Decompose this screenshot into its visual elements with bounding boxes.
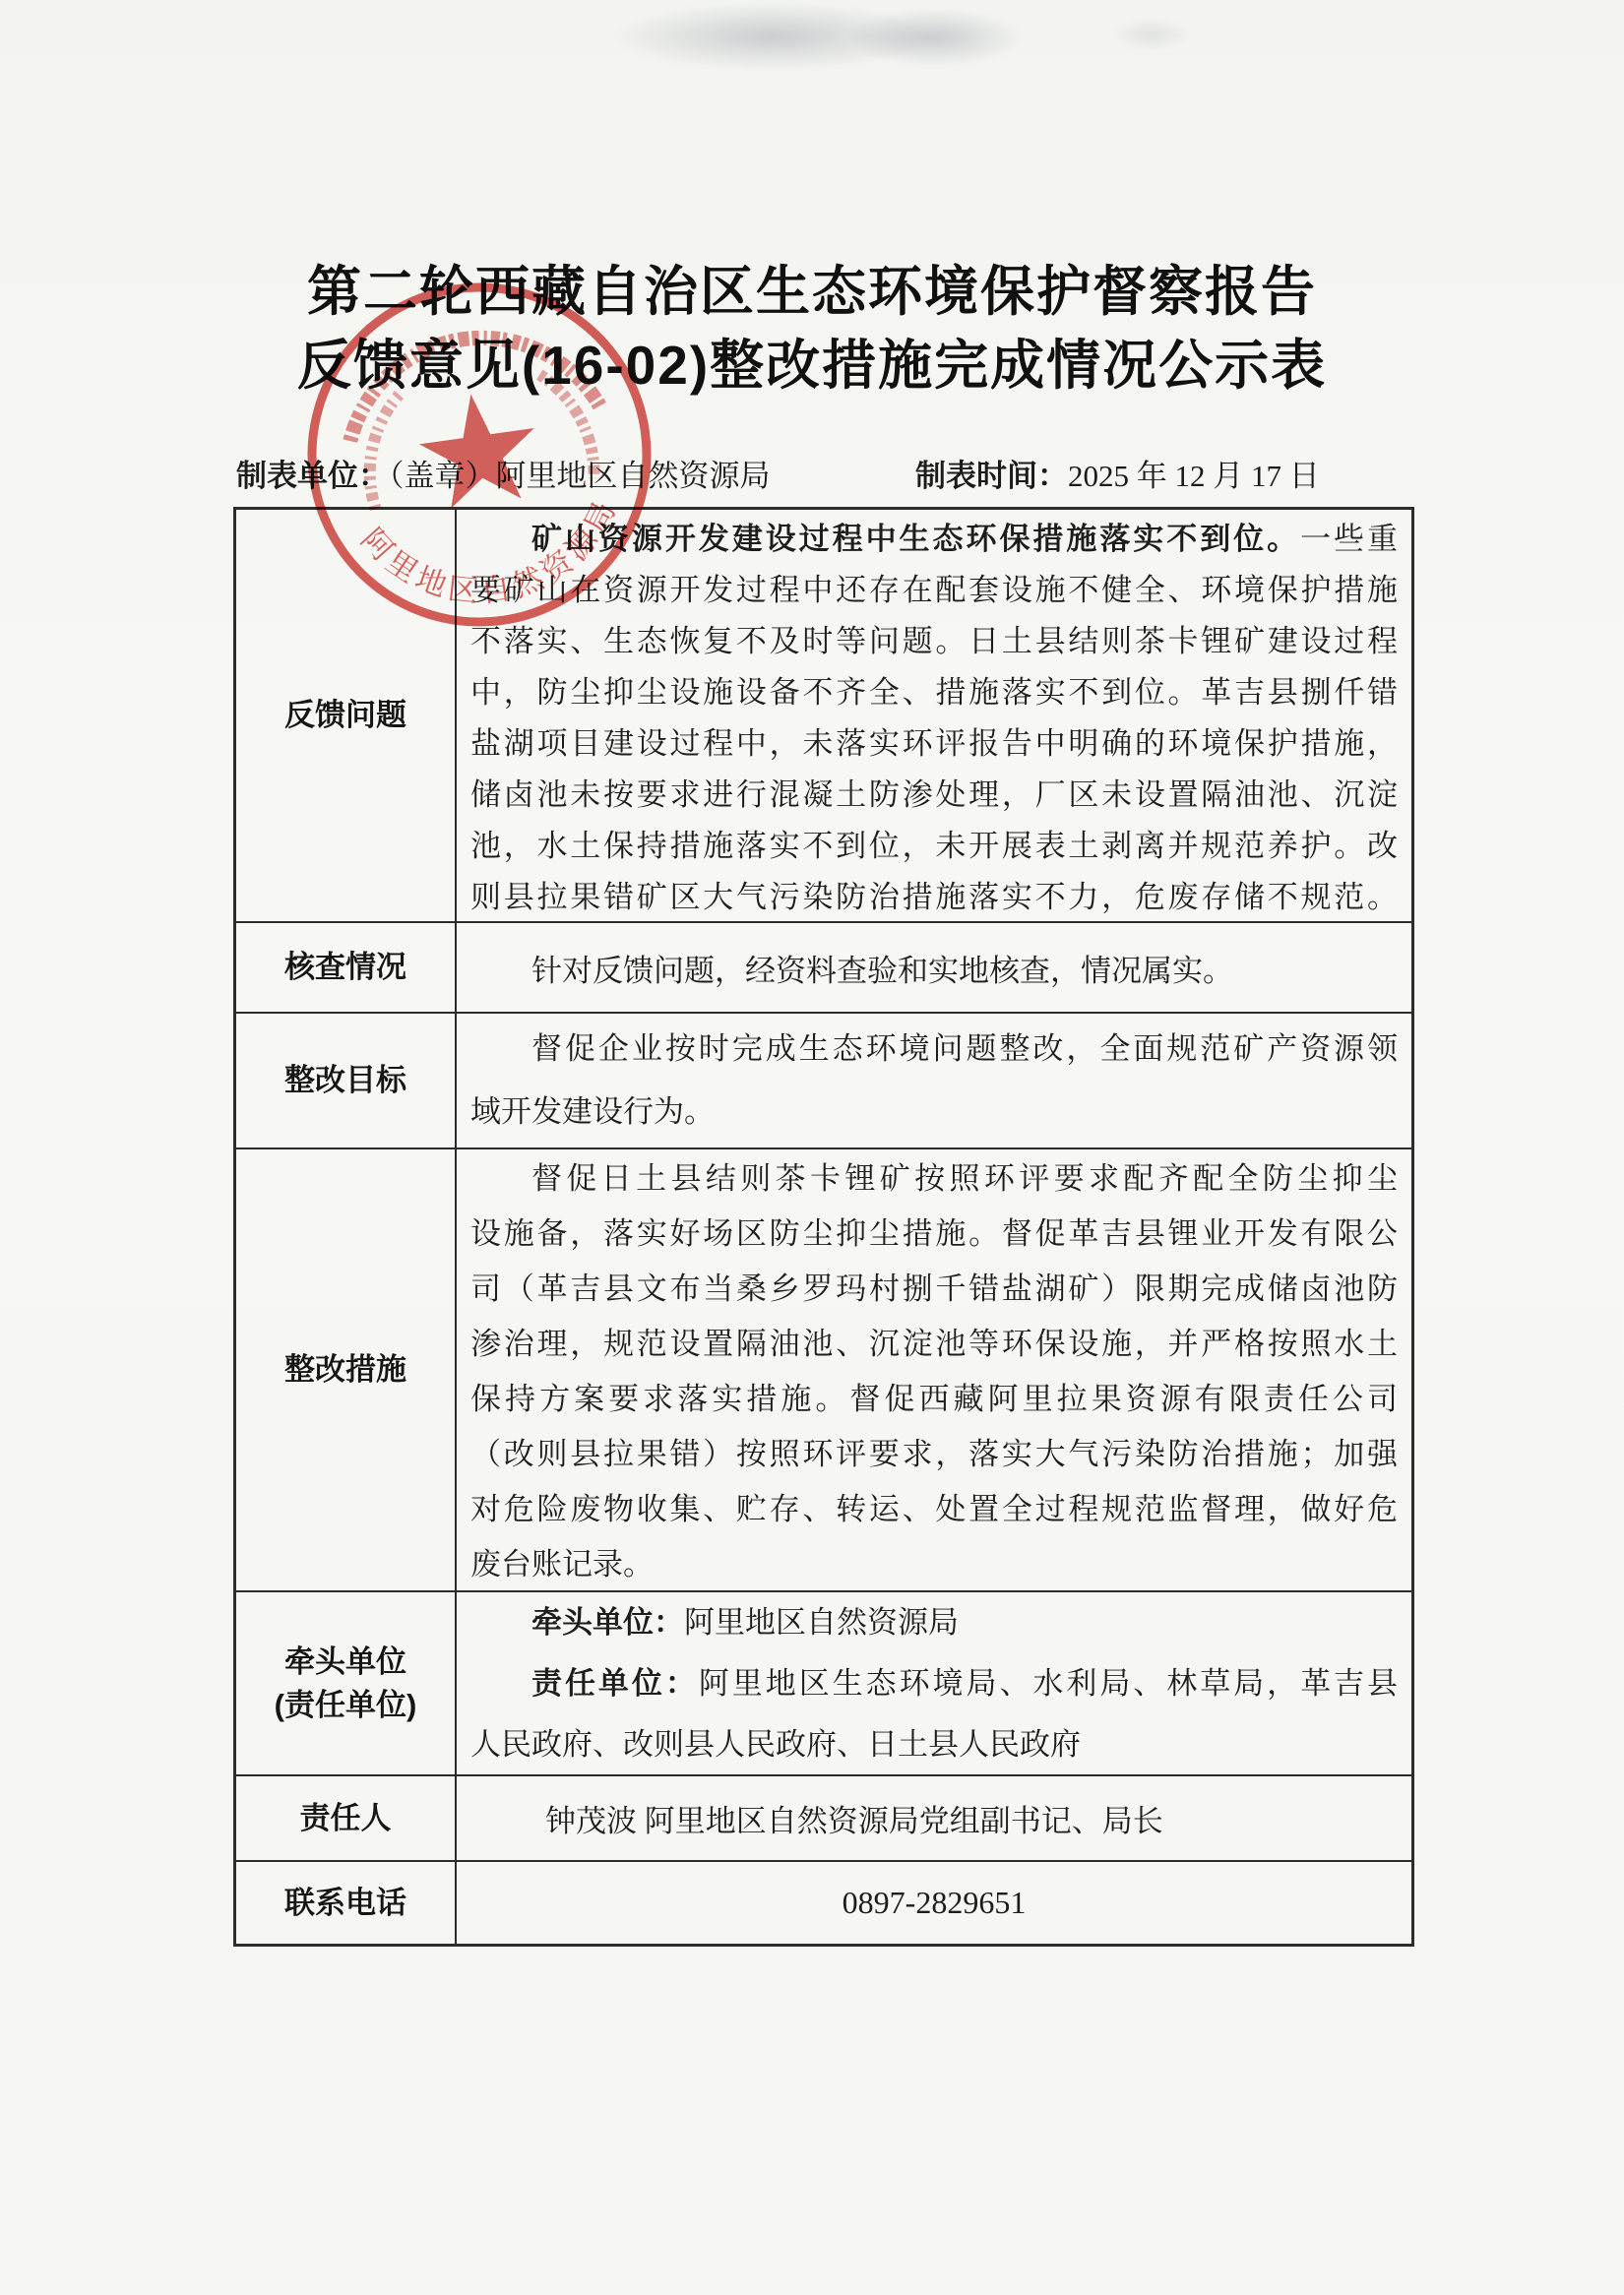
form-time-value: 2025 年 12 月 17 日 [1068,459,1320,493]
bold-lead-sentence: 矿山资源开发建设过程中生态环保措施落实不到位。 [531,522,1300,556]
table-row-lead-unit: 牵头单位 (责任单位) 牵头单位：阿里地区自然资源局 责任单位：阿里地区生态环境… [236,1590,1411,1774]
text-line: 储卤池未按要求进行混凝土防渗处理，厂区未设置隔油池、沉淀 [470,770,1398,821]
row-label: 整改措施 [236,1149,457,1590]
text-line: 渗治理，规范设置隔油池、沉淀池等环保设施，并严格按照水土 [470,1317,1398,1372]
table-row-person: 责任人 钟茂波 阿里地区自然资源局党组副书记、局长 [236,1774,1411,1860]
row-content: 牵头单位：阿里地区自然资源局 责任单位：阿里地区生态环境局、水利局、林草局，革吉… [457,1592,1411,1774]
table-row-feedback: 反馈问题 矿山资源开发建设过程中生态环保措施落实不到位。一些重 要矿山在资源开发… [236,510,1411,921]
form-time: 制表时间：2025 年 12 月 17 日 [915,451,1320,495]
row-label: 反馈问题 [236,510,457,921]
text-line: 责任单位：阿里地区生态环境局、水利局、林草局，革吉县 [470,1653,1398,1714]
text-line: 中，防尘抑尘设施设备不齐全、措施落实不到位。革吉县捌仟错 [470,667,1398,718]
text-line: 矿山资源开发建设过程中生态环保措施落实不到位。一些重 [470,514,1398,565]
form-unit-label: 制表单位： [236,459,389,493]
table-row-goal: 整改目标 督促企业按时完成生态环境问题整改，全面规范矿产资源领 域开发建设行为。 [236,1012,1411,1147]
text-line: 督促企业按时完成生态环境问题整改，全面规范矿产资源领 [470,1018,1398,1081]
row-label-line2: (责任单位) [275,1684,417,1727]
text-line: 废台账记录。 [470,1537,1398,1592]
row-content: 矿山资源开发建设过程中生态环保措施落实不到位。一些重 要矿山在资源开发过程中还存… [457,510,1411,921]
row-label: 责任人 [236,1776,457,1860]
document-title-line1: 第二轮西藏自治区生态环境保护督察报告 [0,248,1624,326]
row-label: 牵头单位 (责任单位) [236,1592,457,1774]
text-line: 则县拉果错矿区大气污染防治措施落实不力，危废存储不规范。 [470,872,1398,923]
text-line: （改则县拉果错）按照环评要求，落实大气污染防治措施；加强 [470,1427,1398,1482]
text-line: 盐湖项目建设过程中，未落实环评报告中明确的环境保护措施， [470,718,1398,770]
row-content: 督促企业按时完成生态环境问题整改，全面规范矿产资源领 域开发建设行为。 [457,1014,1411,1147]
text-line: 池，水土保持措施落实不到位，未开展表土剥离并规范养护。改 [470,821,1398,872]
disclosure-table: 反馈问题 矿山资源开发建设过程中生态环保措施落实不到位。一些重 要矿山在资源开发… [233,507,1414,1947]
text-line: 督促日土县结则茶卡锂矿按照环评要求配齐配全防尘抑尘 [470,1151,1398,1207]
document-title-line2: 反馈意见(16-02)整改措施完成情况公示表 [0,322,1624,400]
text-line: 域开发建设行为。 [470,1081,1398,1144]
form-unit: 制表单位：（盖章）阿里地区自然资源局 [236,451,771,495]
text-line: 钟茂波 阿里地区自然资源局党组副书记、局长 [470,1796,1398,1840]
text-segment: 一些重 [1300,522,1398,556]
row-content: 针对反馈问题，经资料查验和实地核查，情况属实。 [457,923,1411,1012]
table-row-verification: 核查情况 针对反馈问题，经资料查验和实地核查，情况属实。 [236,921,1411,1012]
lead-unit-value: 阿里地区自然资源局 [684,1605,959,1640]
text-line: 司（革吉县文布当桑乡罗玛村捌千错盐湖矿）限期完成储卤池防 [470,1262,1398,1317]
form-unit-value: （盖章）阿里地区自然资源局 [389,459,771,493]
scan-smudge [846,8,1024,67]
row-label: 整改目标 [236,1014,457,1147]
resp-unit-label: 责任单位： [531,1666,699,1701]
text-line: 牵头单位：阿里地区自然资源局 [470,1592,1398,1653]
phone-number: 0897-2829651 [470,1885,1398,1921]
row-label: 联系电话 [236,1862,457,1944]
text-line: 要矿山在资源开发过程中还存在配套设施不健全、环境保护措施 [470,565,1398,616]
resp-unit-value: 阿里地区生态环境局、水利局、林草局，革吉县 [699,1666,1398,1701]
form-time-label: 制表时间： [915,459,1068,493]
scanned-document-page: { "document": { "title_line1": "第二轮西藏自治区… [0,0,1624,2295]
text-line: 不落实、生态恢复不及时等问题。日土县结则茶卡锂矿建设过程 [470,616,1398,667]
text-line: 保持方案要求落实措施。督促西藏阿里拉果资源有限责任公司 [470,1372,1398,1427]
scan-smudge [1112,18,1191,51]
text-line: 人民政府、改则县人民政府、日土县人民政府 [470,1714,1398,1775]
text-line: 对危险废物收集、贮存、转运、处置全过程规范监督理，做好危 [470,1482,1398,1537]
text-line: 设施备，落实好场区防尘抑尘措施。督促革吉县锂业开发有限公 [470,1207,1398,1262]
row-content: 0897-2829651 [457,1862,1411,1944]
text-line: 针对反馈问题，经资料查验和实地核查，情况属实。 [470,946,1398,990]
table-row-measures: 整改措施 督促日土县结则茶卡锂矿按照环评要求配齐配全防尘抑尘 设施备，落实好场区… [236,1147,1411,1590]
row-content: 督促日土县结则茶卡锂矿按照环评要求配齐配全防尘抑尘 设施备，落实好场区防尘抑尘措… [457,1149,1411,1590]
lead-unit-label: 牵头单位： [531,1605,684,1640]
table-row-phone: 联系电话 0897-2829651 [236,1860,1411,1944]
row-content: 钟茂波 阿里地区自然资源局党组副书记、局长 [457,1776,1411,1860]
row-label: 核查情况 [236,923,457,1012]
row-label-line1: 牵头单位 [284,1641,406,1684]
